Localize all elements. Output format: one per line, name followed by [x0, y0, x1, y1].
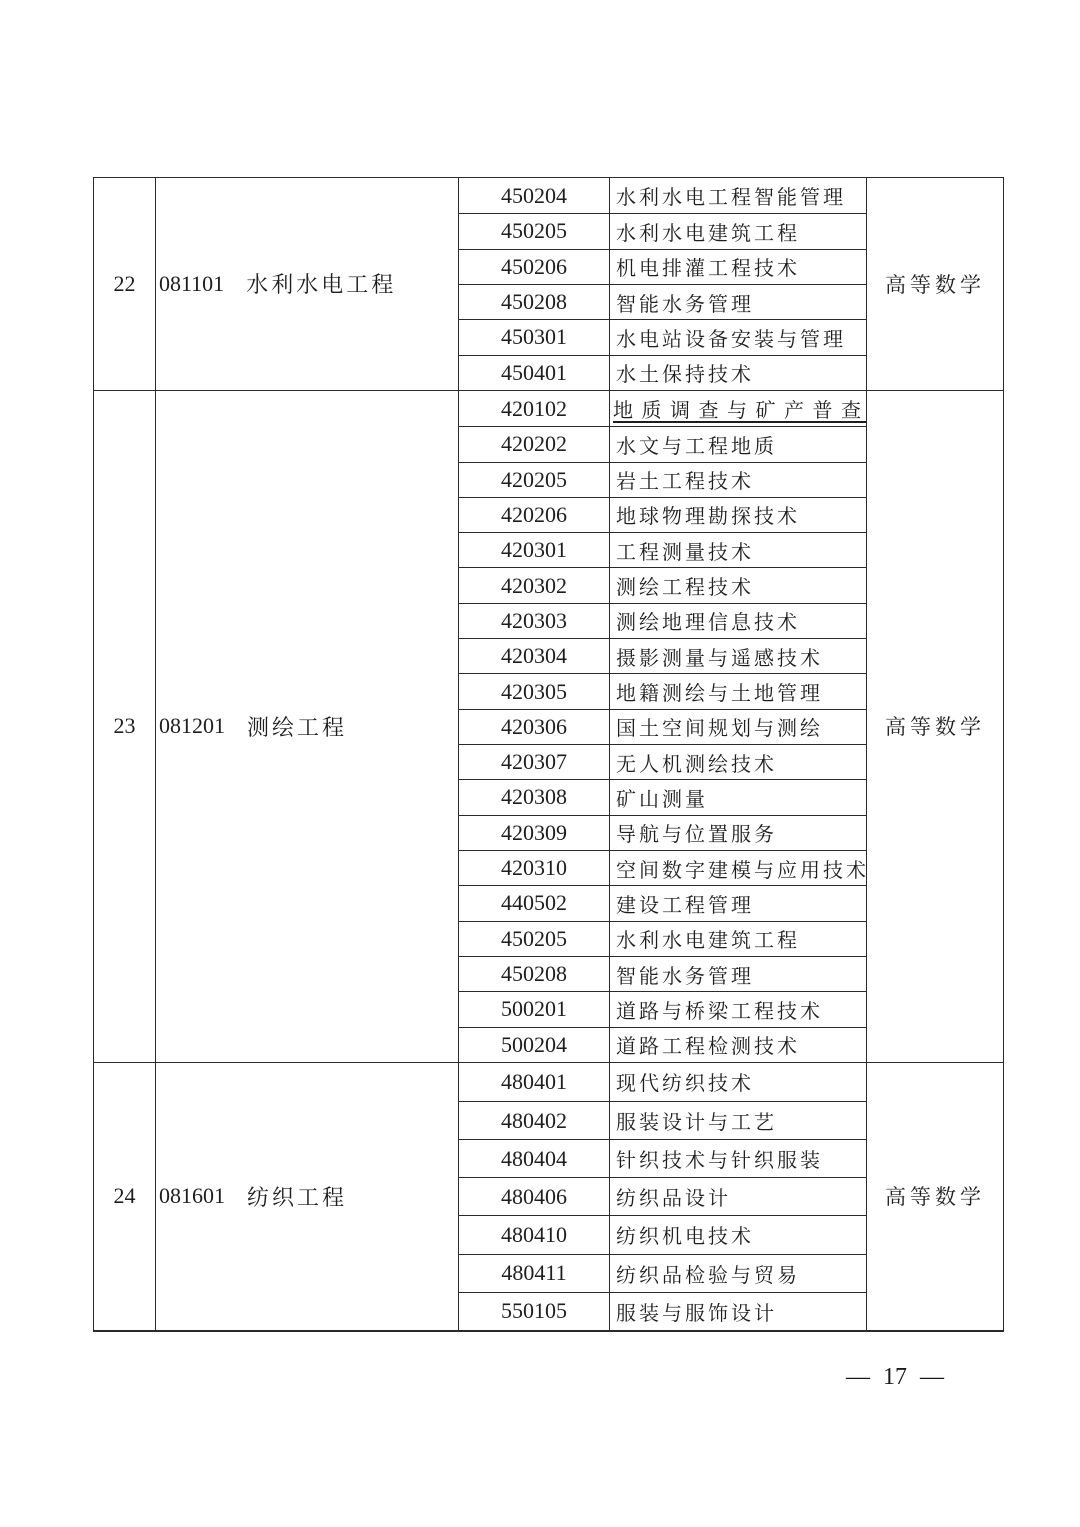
undergrad-major-code: 081201 — [159, 713, 225, 739]
college-major-code: 420206 — [459, 497, 610, 532]
college-major-code: 450206 — [459, 249, 610, 284]
college-major-name: 无人机测绘技术 — [610, 744, 867, 779]
college-major-name: 纺织品设计 — [610, 1177, 867, 1215]
major-block: 22 081101 水利水电工程 高等数学 450204水利水电工程智能管理45… — [94, 178, 1003, 390]
college-major-code: 500204 — [459, 1027, 610, 1062]
undergrad-major-code: 081601 — [159, 1183, 225, 1209]
college-major-name: 矿山测量 — [610, 779, 867, 814]
college-major-code: 550105 — [459, 1292, 610, 1330]
college-major-code: 420306 — [459, 709, 610, 744]
college-major-name: 水利水电建筑工程 — [610, 921, 867, 956]
college-major-code: 450205 — [459, 921, 610, 956]
major-block: 23 081201 测绘工程 高等数学 420102地质调查与矿产普查42020… — [94, 390, 1003, 1062]
college-major-code: 440502 — [459, 885, 610, 920]
college-major-code: 420304 — [459, 638, 610, 673]
college-major-code: 450208 — [459, 956, 610, 991]
college-major-name: 水文与工程地质 — [610, 426, 867, 461]
college-major-name: 水电站设备安装与管理 — [610, 319, 867, 354]
college-major-code: 500201 — [459, 991, 610, 1026]
sequence-number: 23 — [94, 391, 156, 1062]
college-major-code: 480401 — [459, 1063, 610, 1101]
exam-subject: 高等数学 — [867, 391, 1003, 1062]
college-major-code: 450208 — [459, 284, 610, 319]
undergrad-major-code: 081101 — [159, 271, 224, 297]
college-major-name: 道路工程检测技术 — [610, 1027, 867, 1062]
college-major-code: 480404 — [459, 1139, 610, 1177]
college-major-name: 摄影测量与遥感技术 — [610, 638, 867, 673]
college-major-code: 420309 — [459, 815, 610, 850]
page-number: 17 — [883, 1364, 907, 1391]
undergrad-major-name: 纺织工程 — [247, 1181, 347, 1212]
footer-dash-left: — — [846, 1364, 870, 1391]
college-major-name: 机电排灌工程技术 — [610, 249, 867, 284]
majors-table: 22 081101 水利水电工程 高等数学 450204水利水电工程智能管理45… — [93, 177, 1004, 1332]
college-major-name: 空间数字建模与应用技术 — [610, 850, 867, 885]
exam-subject: 高等数学 — [867, 1063, 1003, 1330]
college-major-name: 水利水电工程智能管理 — [610, 178, 867, 213]
college-major-code: 420205 — [459, 462, 610, 497]
undergrad-major-cell: 081201 测绘工程 — [156, 391, 459, 1062]
page-footer: — 17 — — [846, 1364, 944, 1391]
college-major-code: 420302 — [459, 567, 610, 602]
college-major-name: 国土空间规划与测绘 — [610, 709, 867, 744]
major-block: 24 081601 纺织工程 高等数学 480401现代纺织技术480402服装… — [94, 1062, 1003, 1330]
college-major-name: 智能水务管理 — [610, 956, 867, 991]
undergrad-major-name: 水利水电工程 — [246, 268, 396, 299]
college-major-name: 地籍测绘与土地管理 — [610, 673, 867, 708]
college-major-name: 地球物理勘探技术 — [610, 497, 867, 532]
college-major-code: 420310 — [459, 850, 610, 885]
college-major-name: 服装与服饰设计 — [610, 1292, 867, 1330]
college-major-name: 智能水务管理 — [610, 284, 867, 319]
college-major-name: 道路与桥梁工程技术 — [610, 991, 867, 1026]
college-major-code: 420305 — [459, 673, 610, 708]
sequence-number: 22 — [94, 178, 156, 390]
college-major-name: 工程测量技术 — [610, 532, 867, 567]
footer-dash-right: — — [920, 1364, 944, 1391]
college-major-code: 480410 — [459, 1215, 610, 1253]
undergrad-major-cell: 081601 纺织工程 — [156, 1063, 459, 1330]
college-major-code: 450301 — [459, 319, 610, 354]
college-major-name: 建设工程管理 — [610, 885, 867, 920]
exam-subject: 高等数学 — [867, 178, 1003, 390]
college-major-code: 450204 — [459, 178, 610, 213]
college-major-code: 420308 — [459, 779, 610, 814]
college-major-name: 现代纺织技术 — [610, 1063, 867, 1101]
college-major-name: 纺织品检验与贸易 — [610, 1254, 867, 1292]
college-major-name: 测绘地理信息技术 — [610, 603, 867, 638]
college-major-name: 水土保持技术 — [610, 355, 867, 390]
college-major-name: 地质调查与矿产普查 — [610, 391, 867, 426]
college-major-code: 420202 — [459, 426, 610, 461]
college-major-code: 420301 — [459, 532, 610, 567]
college-major-code: 480406 — [459, 1177, 610, 1215]
college-major-name: 岩土工程技术 — [610, 462, 867, 497]
college-major-name: 水利水电建筑工程 — [610, 213, 867, 248]
undergrad-major-cell: 081101 水利水电工程 — [156, 178, 459, 390]
college-major-code: 480411 — [459, 1254, 610, 1292]
college-major-name: 服装设计与工艺 — [610, 1101, 867, 1139]
college-major-code: 480402 — [459, 1101, 610, 1139]
undergrad-major-name: 测绘工程 — [247, 711, 347, 742]
college-major-name: 导航与位置服务 — [610, 815, 867, 850]
college-major-code: 420303 — [459, 603, 610, 638]
college-major-code: 420307 — [459, 744, 610, 779]
college-major-name: 纺织机电技术 — [610, 1215, 867, 1253]
sequence-number: 24 — [94, 1063, 156, 1330]
college-major-code: 450205 — [459, 213, 610, 248]
college-major-name: 针织技术与针织服装 — [610, 1139, 867, 1177]
college-major-code: 450401 — [459, 355, 610, 390]
college-major-code: 420102 — [459, 391, 610, 426]
college-major-name: 测绘工程技术 — [610, 567, 867, 602]
